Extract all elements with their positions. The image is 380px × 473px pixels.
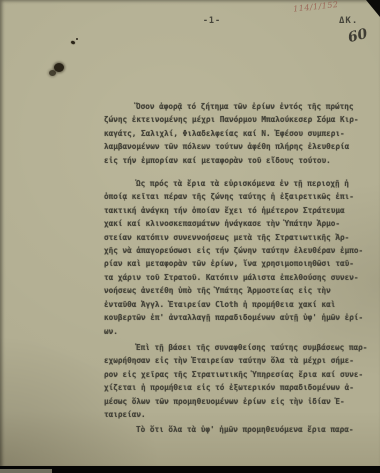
text-line: εἰς τήν ἐμπορίαν καί μεταφορὰν τοῦ εἴδου… xyxy=(104,154,378,167)
text-line: χακί καί κλινοσκεπασμάτων ἠνάγκασε τὴν Ὑ… xyxy=(104,217,378,230)
text-line: Ὡς πρός τὰ ἔρια τὰ εὑρισκόμενα ἐν τῇ περ… xyxy=(104,177,378,190)
text-line: χίζεται ἡ προμήθεια εἰς τό ἐξωτερικόν πα… xyxy=(104,381,378,394)
text-line: κουβερτῶν ἐπ' ἀνταλλαγῇ παραδιδομένων αὐ… xyxy=(104,311,378,324)
text-line: ταιρείαν. xyxy=(104,408,378,421)
ink-stain xyxy=(71,40,76,44)
text-line: ρον εἰς χεῖρας τῆς Στρατιωτικῆς Ὑπηρεσία… xyxy=(104,368,378,381)
text-line: εχωρήθησαν εἰς τὴν Ἑταιρείαν ταύτην ὅλα … xyxy=(104,354,378,367)
text-line: ζώνης ἐκτεινομένης μέχρι Πανόρμου Μπαλού… xyxy=(104,113,378,126)
paragraph: Ἐπὶ τῇ βάσει τῆς συναφθείσης ταύτης συμβ… xyxy=(104,341,378,421)
handwritten-archive-reference: 114/1/152 xyxy=(293,0,364,14)
paragraph: Ὡς πρός τὰ ἔρια τὰ εὑρισκόμενα ἐν τῇ περ… xyxy=(104,177,378,338)
text-line: λαμβανομένων τῶν πόλεων τούτων ἀφέθη πλή… xyxy=(104,140,378,153)
scan-edge-shadow xyxy=(0,466,380,473)
typed-initials: ΔΚ. xyxy=(339,16,358,26)
text-line: ὁποίᾳ κεῖται πέραν τῆς ζώνης ταύτης ἡ ἐξ… xyxy=(104,190,378,203)
paper-sheet: -1- ΔΚ. 114/1/152 60 Ὅσον ἀφορᾷ τό ζήτημ… xyxy=(0,0,380,467)
text-line: τα χάριν τοῦ Στρατοῦ. Κατόπιν μάλιστα ἐπ… xyxy=(104,271,378,284)
ink-stain xyxy=(49,70,56,76)
paragraph: Τὸ ὅτι ὅλα τὰ ὑφ' ἡμῶν προμηθευόμενα ἔρι… xyxy=(104,423,378,436)
scan-edge-sliver xyxy=(0,469,52,473)
text-line: νοήσεως ἀνετέθη ὑπὸ τῆς Ὑπάτης Ἁρμοστεία… xyxy=(104,284,378,297)
text-line: ων. xyxy=(104,325,378,338)
page-number: -1- xyxy=(192,16,232,26)
text-line: ρίαν καὶ μεταφορὰν τῶν ἐρίων, ἵνα χρησιμ… xyxy=(104,257,378,270)
ink-stain xyxy=(76,38,78,40)
paragraph: Ὅσον ἀφορᾷ τό ζήτημα τῶν ἐρίων ἐντός τῆς… xyxy=(104,100,378,167)
text-line: στείαν κατόπιν συνεννοήσεως μετὰ τῆς Στρ… xyxy=(104,231,378,244)
handwritten-number: 60 xyxy=(346,26,369,46)
text-line: Ἐπὶ τῇ βάσει τῆς συναφθείσης ταύτης συμβ… xyxy=(104,341,378,354)
text-line: μέσως ὅλων τῶν προμηθευομένων ἐρίων εἰς … xyxy=(104,395,378,408)
text-block: Ὅσον ἀφορᾷ τό ζήτημα τῶν ἐρίων ἐντός τῆς… xyxy=(104,100,378,437)
scanned-document: -1- ΔΚ. 114/1/152 60 Ὅσον ἀφορᾷ τό ζήτημ… xyxy=(0,0,380,473)
text-line: χῆς νὰ ἀπαγορεύσωσι εἰς τήν ζώνην ταύτην… xyxy=(104,244,378,257)
text-line: Τὸ ὅτι ὅλα τὰ ὑφ' ἡμῶν προμηθευόμενα ἔρι… xyxy=(104,423,378,436)
text-line: ἐνταῦθα Ἀγγλ. Ἑταιρείαν Cloth ἡ προμήθει… xyxy=(104,298,378,311)
text-line: τακτική ἀνάγκη τήν ὁποίαν ἔχει τό ἡμέτερ… xyxy=(104,204,378,217)
text-line: καγάτς, Σαλιχλί, Φιλαδελφείας καί Ν. Ἐφέ… xyxy=(104,127,378,140)
text-line: Ὅσον ἀφορᾷ τό ζήτημα τῶν ἐρίων ἐντός τῆς… xyxy=(104,100,378,113)
